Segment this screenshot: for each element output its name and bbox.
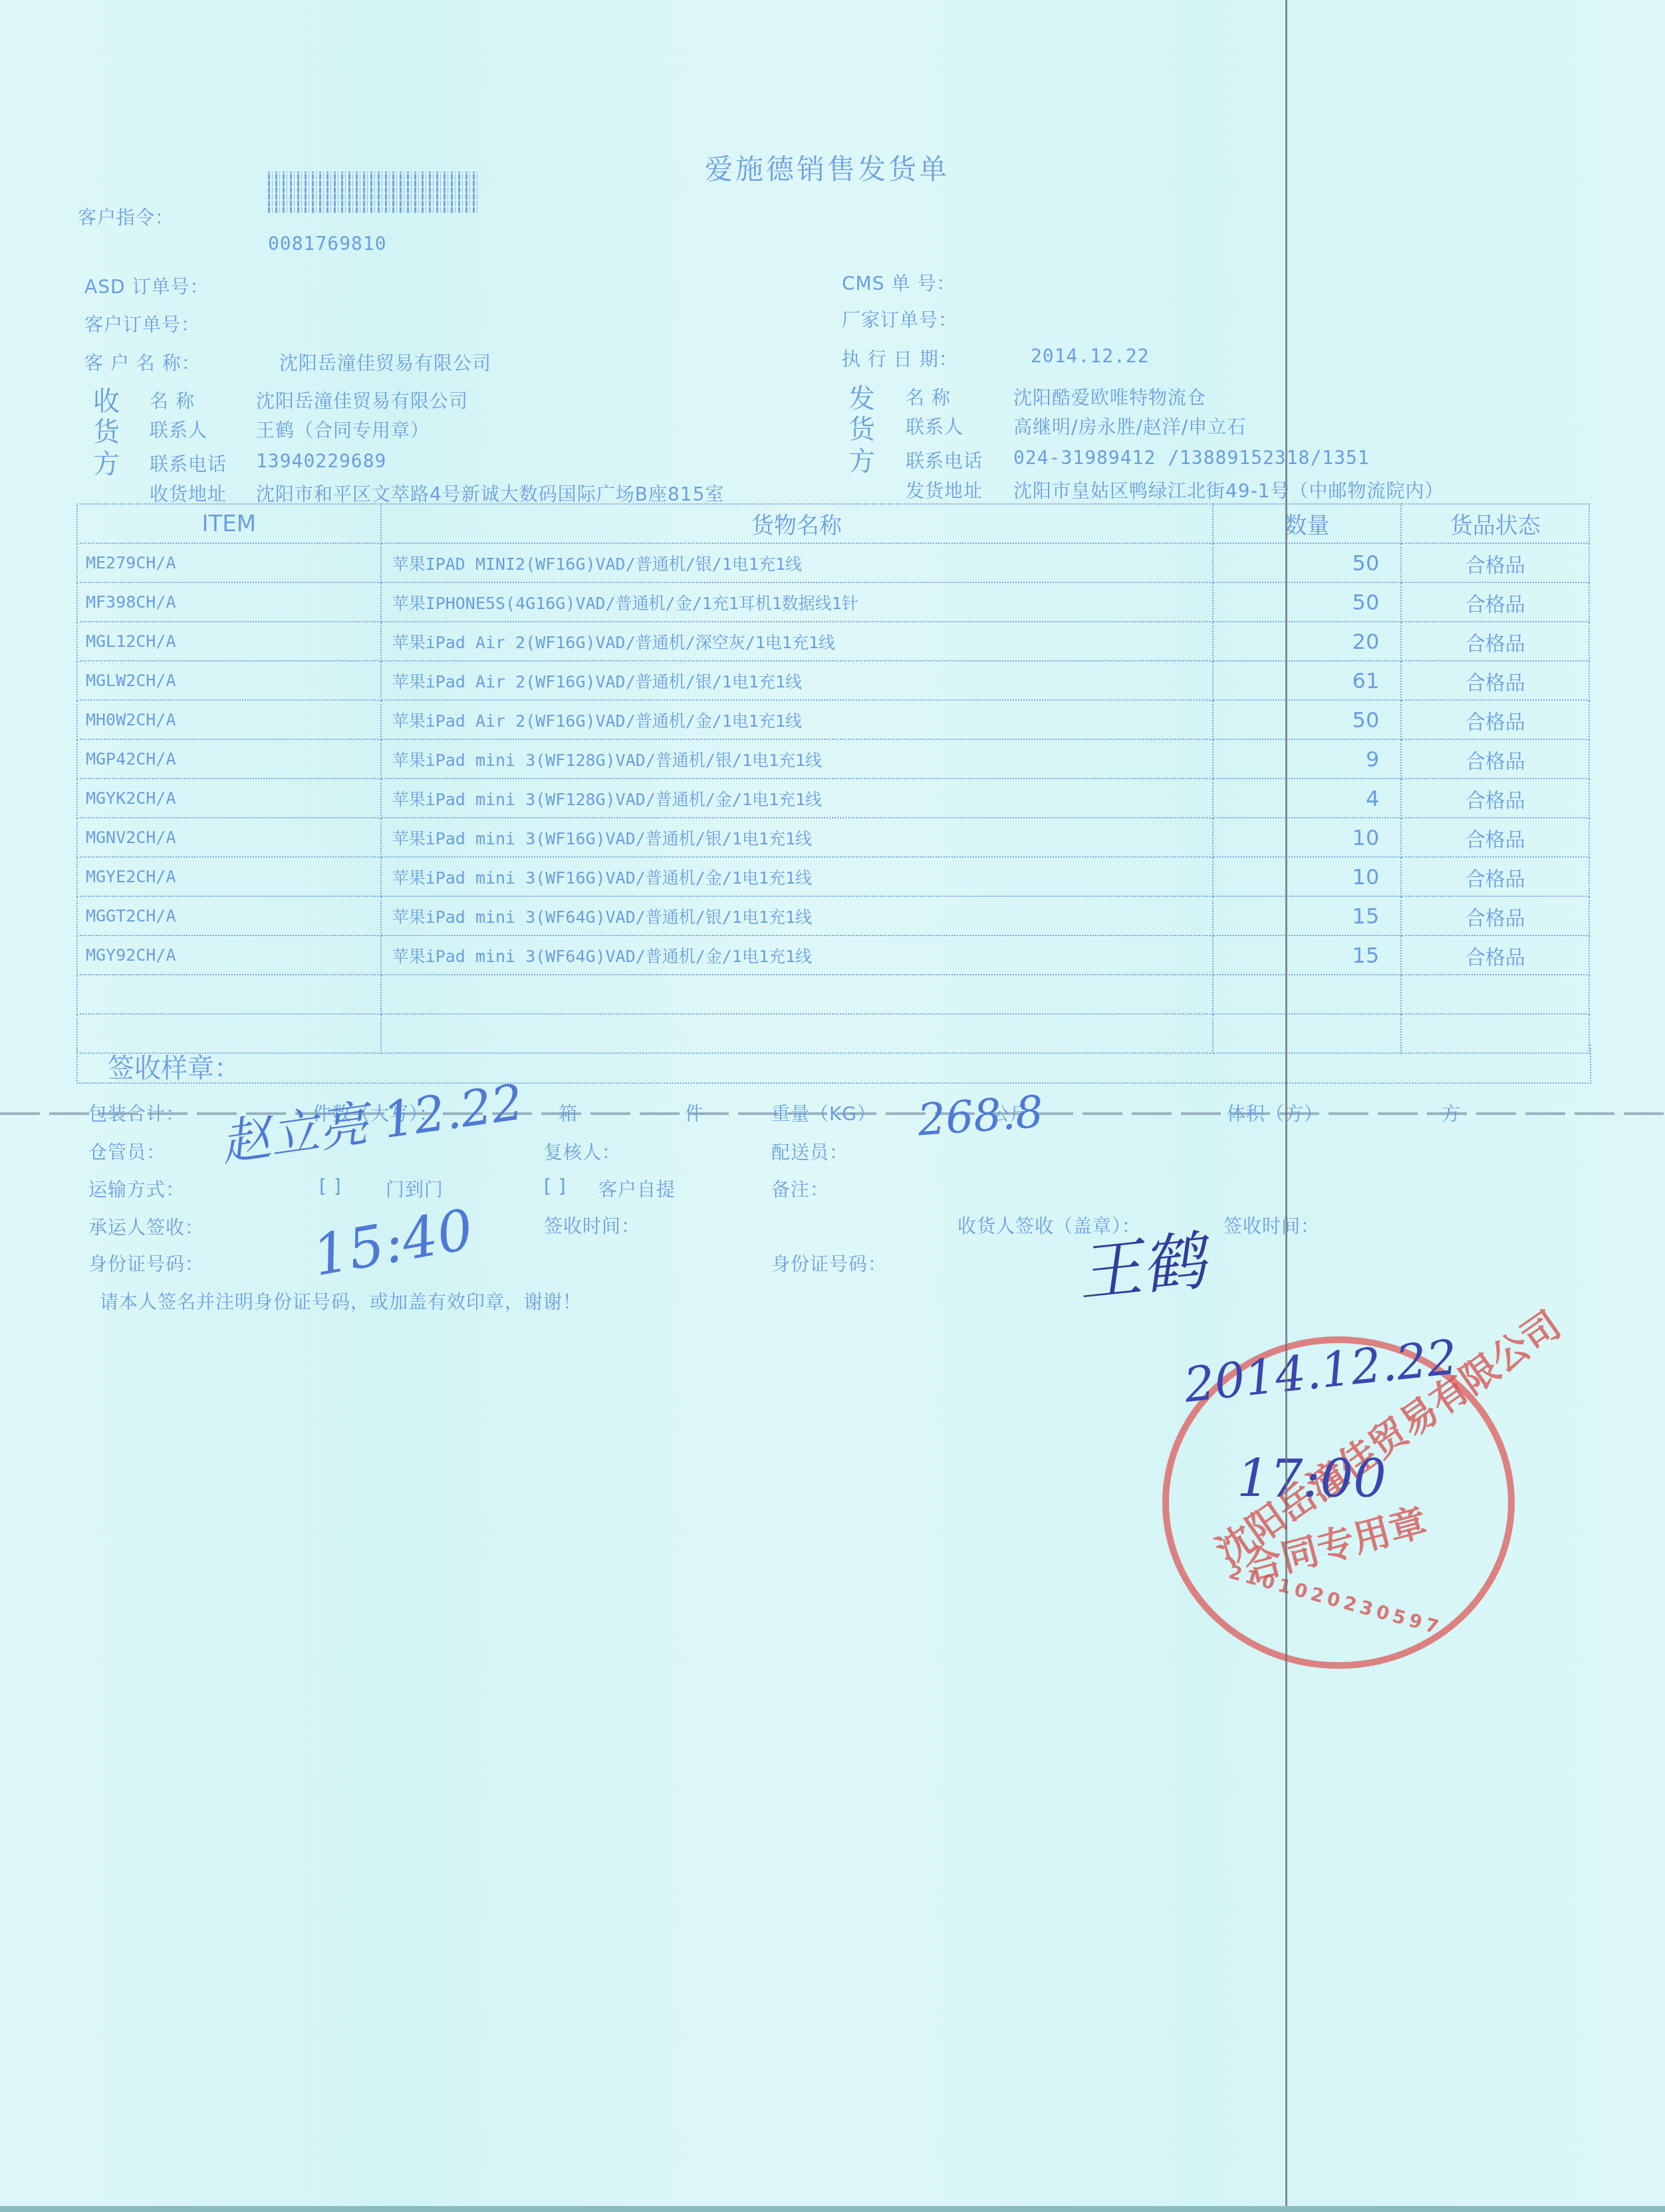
goods-name: 苹果iPad mini 3(WF16G)VAD/普通机/金/1电1充1线	[381, 857, 1213, 896]
goods-status: 合格品	[1401, 896, 1589, 935]
quantity: 15	[1213, 935, 1402, 975]
goods-name: 苹果IPAD MINI2(WF16G)VAD/普通机/银/1电1充1线	[381, 543, 1213, 582]
goods-status: 合格品	[1401, 857, 1589, 896]
receiver-name-value: 沈阳岳潼佳贸易有限公司	[256, 387, 468, 414]
table-row: MGY92CH/A苹果iPad mini 3(WF64G)VAD/普通机/金/1…	[77, 935, 1589, 975]
carrier-sign-label: 承运人签收：	[88, 1213, 204, 1240]
box-label: 箱	[559, 1100, 578, 1126]
door-to-door-checkbox[interactable]: [ ]	[319, 1175, 342, 1197]
sign-sample-row: 签收样章：	[76, 1045, 1591, 1084]
sender-contact-value: 高继明/房永胜/赵洋/申立石	[1013, 413, 1246, 439]
goods-name: 苹果iPad Air 2(WF16G)VAD/普通机/银/1电1充1线	[381, 661, 1213, 700]
sender-name-value: 沈阳酷爱欧唯特物流仓	[1013, 384, 1206, 410]
quantity: 50	[1213, 700, 1402, 739]
item-code: MF398CH/A	[77, 582, 381, 622]
customer-order-label: 客户订单号：	[84, 310, 200, 337]
goods-table: ITEM 货物名称 数量 货品状态 ME279CH/A苹果IPAD MINI2(…	[76, 503, 1590, 1054]
table-row: MGL12CH/A苹果iPad Air 2(WF16G)VAD/普通机/深空灰/…	[77, 622, 1589, 661]
table-header-row: ITEM 货物名称 数量 货品状态	[77, 504, 1589, 543]
goods-status: 合格品	[1401, 935, 1589, 975]
quantity: 20	[1213, 622, 1402, 661]
column-header-quantity: 数量	[1213, 504, 1402, 543]
goods-status: 合格品	[1401, 818, 1589, 857]
package-total-label: 包装合计：	[88, 1100, 185, 1126]
item-code: MGY92CH/A	[77, 935, 381, 975]
customer-instruction-label: 客户指令：	[78, 203, 174, 230]
item-code: ME279CH/A	[77, 543, 381, 582]
receiver-address-label: 收货地址	[150, 480, 227, 507]
item-code: MGYE2CH/A	[77, 857, 381, 896]
remarks-label: 备注：	[771, 1175, 829, 1202]
vertical-pen-line	[1285, 0, 1287, 2212]
goods-status: 合格品	[1401, 739, 1589, 779]
dispatcher-label: 配送员：	[771, 1138, 848, 1165]
handwritten-carrier-time: 15:40	[308, 1197, 477, 1289]
item-code: MGYK2CH/A	[77, 779, 381, 818]
factory-order-label: 厂家订单号：	[842, 306, 958, 332]
reviewer-label: 复核人：	[544, 1138, 621, 1165]
receiver-id-label: 身份证号码：	[771, 1250, 887, 1277]
item-code: MGP42CH/A	[77, 739, 381, 779]
quantity: 50	[1213, 582, 1402, 622]
item-code: MGNV2CH/A	[77, 818, 381, 857]
goods-name: 苹果iPad mini 3(WF128G)VAD/普通机/银/1电1充1线	[381, 739, 1213, 779]
table-row-empty	[77, 975, 1589, 1014]
signing-notice: 请本人签名并注明身份证号码，或加盖有效印章，谢谢！	[100, 1288, 582, 1314]
quantity: 9	[1213, 739, 1402, 779]
sign-sample-label: 签收样章：	[108, 1047, 241, 1085]
quantity: 15	[1213, 896, 1402, 935]
quantity: 10	[1213, 857, 1402, 896]
door-to-door-label: 门到门	[386, 1175, 444, 1202]
customer-name-label: 客 户 名 称：	[84, 349, 201, 376]
item-code: MH0W2CH/A	[77, 700, 381, 739]
receiver-contact-label: 联系人	[150, 416, 207, 443]
goods-status: 合格品	[1401, 779, 1589, 818]
goods-name: 苹果iPad mini 3(WF16G)VAD/普通机/银/1电1充1线	[381, 818, 1213, 857]
quantity: 50	[1213, 543, 1402, 582]
sender-address-value: 沈阳市皇姑区鸭绿江北街49-1号（中邮物流院内）	[1013, 477, 1444, 503]
cms-order-label: CMS 单 号：	[842, 269, 956, 296]
goods-status	[1401, 975, 1589, 1014]
receiver-phone-label: 联系电话	[150, 450, 227, 477]
sender-phone-label: 联系电话	[906, 447, 983, 473]
sender-phone-value: 024-31989412 /13889152318/1351	[1013, 447, 1370, 469]
table-row: MGNV2CH/A苹果iPad mini 3(WF16G)VAD/普通机/银/1…	[77, 818, 1589, 857]
quantity: 61	[1213, 661, 1402, 700]
receiver-signature: 王鹤	[1073, 1210, 1209, 1314]
quantity: 4	[1213, 779, 1402, 818]
receiver-address-value: 沈阳市和平区文萃路4号新诚大数码国际广场B座815室	[256, 480, 724, 507]
goods-status: 合格品	[1401, 622, 1589, 661]
item-code: MGLW2CH/A	[77, 661, 381, 700]
goods-name: 苹果iPad Air 2(WF16G)VAD/普通机/金/1电1充1线	[381, 700, 1213, 739]
receiver-contact-value: 王鹤（合同专用章）	[256, 416, 430, 443]
asd-order-label: ASD 订单号：	[84, 273, 209, 299]
goods-name: 苹果iPad mini 3(WF64G)VAD/普通机/银/1电1充1线	[381, 896, 1213, 935]
column-header-goods-name: 货物名称	[381, 504, 1213, 543]
table-row: MGYK2CH/A苹果iPad mini 3(WF128G)VAD/普通机/金/…	[77, 779, 1589, 818]
item-code: MGGT2CH/A	[77, 896, 381, 935]
barcode-icon	[268, 172, 479, 213]
item-code	[77, 975, 381, 1014]
goods-status: 合格品	[1401, 661, 1589, 700]
stamp-code: 2101020230597	[1226, 1561, 1445, 1640]
sender-group-char-3: 方	[848, 440, 875, 478]
goods-status: 合格品	[1401, 700, 1589, 739]
goods-status: 合格品	[1401, 543, 1589, 582]
exec-date-value: 2014.12.22	[1031, 345, 1150, 367]
handwritten-receive-time: 17:00	[1237, 1449, 1386, 1509]
receiver-group-char-3: 方	[93, 443, 120, 481]
table-row: MF398CH/A苹果IPHONE5S(4G16G)VAD/普通机/金/1充1耳…	[77, 582, 1589, 622]
goods-status: 合格品	[1401, 582, 1589, 622]
receiver-sign-time-label: 签收时间：	[1223, 1212, 1320, 1239]
sender-contact-label: 联系人	[906, 413, 963, 439]
volume-unit: 方	[1442, 1100, 1461, 1126]
sender-name-label: 名 称	[906, 384, 951, 410]
receiver-phone-value: 13940229689	[256, 450, 386, 472]
document-title: 爱施德销售发货单	[705, 148, 950, 187]
table-row: MGGT2CH/A苹果iPad mini 3(WF64G)VAD/普通机/银/1…	[77, 896, 1589, 935]
volume-label: 体积（方）	[1227, 1100, 1323, 1126]
weight-label: 重量（KG）	[771, 1100, 876, 1126]
handwritten-weight: 268.8	[916, 1086, 1045, 1146]
item-code: MGL12CH/A	[77, 622, 381, 661]
exec-date-label: 执 行 日 期：	[842, 345, 958, 372]
piece-label: 件	[685, 1100, 704, 1126]
self-pickup-label: 客户自提	[598, 1175, 676, 1202]
table-row: MGLW2CH/A苹果iPad Air 2(WF16G)VAD/普通机/银/1电…	[77, 661, 1589, 700]
receiver-name-label: 名 称	[150, 387, 195, 414]
sender-address-label: 发货地址	[906, 477, 983, 503]
carrier-id-label: 身份证号码：	[88, 1250, 204, 1277]
goods-name: 苹果iPad mini 3(WF64G)VAD/普通机/金/1电1充1线	[381, 935, 1213, 975]
customer-instruction-number: 0081769810	[268, 233, 387, 255]
carrier-sign-time-label: 签收时间：	[544, 1212, 640, 1239]
goods-name	[381, 975, 1213, 1014]
goods-name: 苹果iPad mini 3(WF128G)VAD/普通机/金/1电1充1线	[381, 779, 1213, 818]
table-row: ME279CH/A苹果IPAD MINI2(WF16G)VAD/普通机/银/1电…	[77, 543, 1589, 582]
customer-name-value: 沈阳岳潼佳贸易有限公司	[279, 349, 491, 376]
column-header-status: 货品状态	[1401, 504, 1589, 543]
table-row: MGP42CH/A苹果iPad mini 3(WF128G)VAD/普通机/银/…	[77, 739, 1589, 779]
column-header-item: ITEM	[77, 504, 381, 543]
table-row: MGYE2CH/A苹果iPad mini 3(WF16G)VAD/普通机/金/1…	[77, 857, 1589, 896]
goods-name: 苹果iPad Air 2(WF16G)VAD/普通机/深空灰/1电1充1线	[381, 622, 1213, 661]
table-row: MH0W2CH/A苹果iPad Air 2(WF16G)VAD/普通机/金/1电…	[77, 700, 1589, 739]
warehouse-keeper-label: 仓管员：	[88, 1138, 166, 1165]
quantity	[1213, 975, 1402, 1014]
paper-bottom-edge	[0, 2206, 1665, 2212]
self-pickup-checkbox[interactable]: [ ]	[544, 1175, 567, 1197]
goods-name: 苹果IPHONE5S(4G16G)VAD/普通机/金/1充1耳机1数据线1针	[381, 582, 1213, 622]
quantity: 10	[1213, 818, 1402, 857]
transport-label: 运输方式：	[88, 1175, 185, 1202]
